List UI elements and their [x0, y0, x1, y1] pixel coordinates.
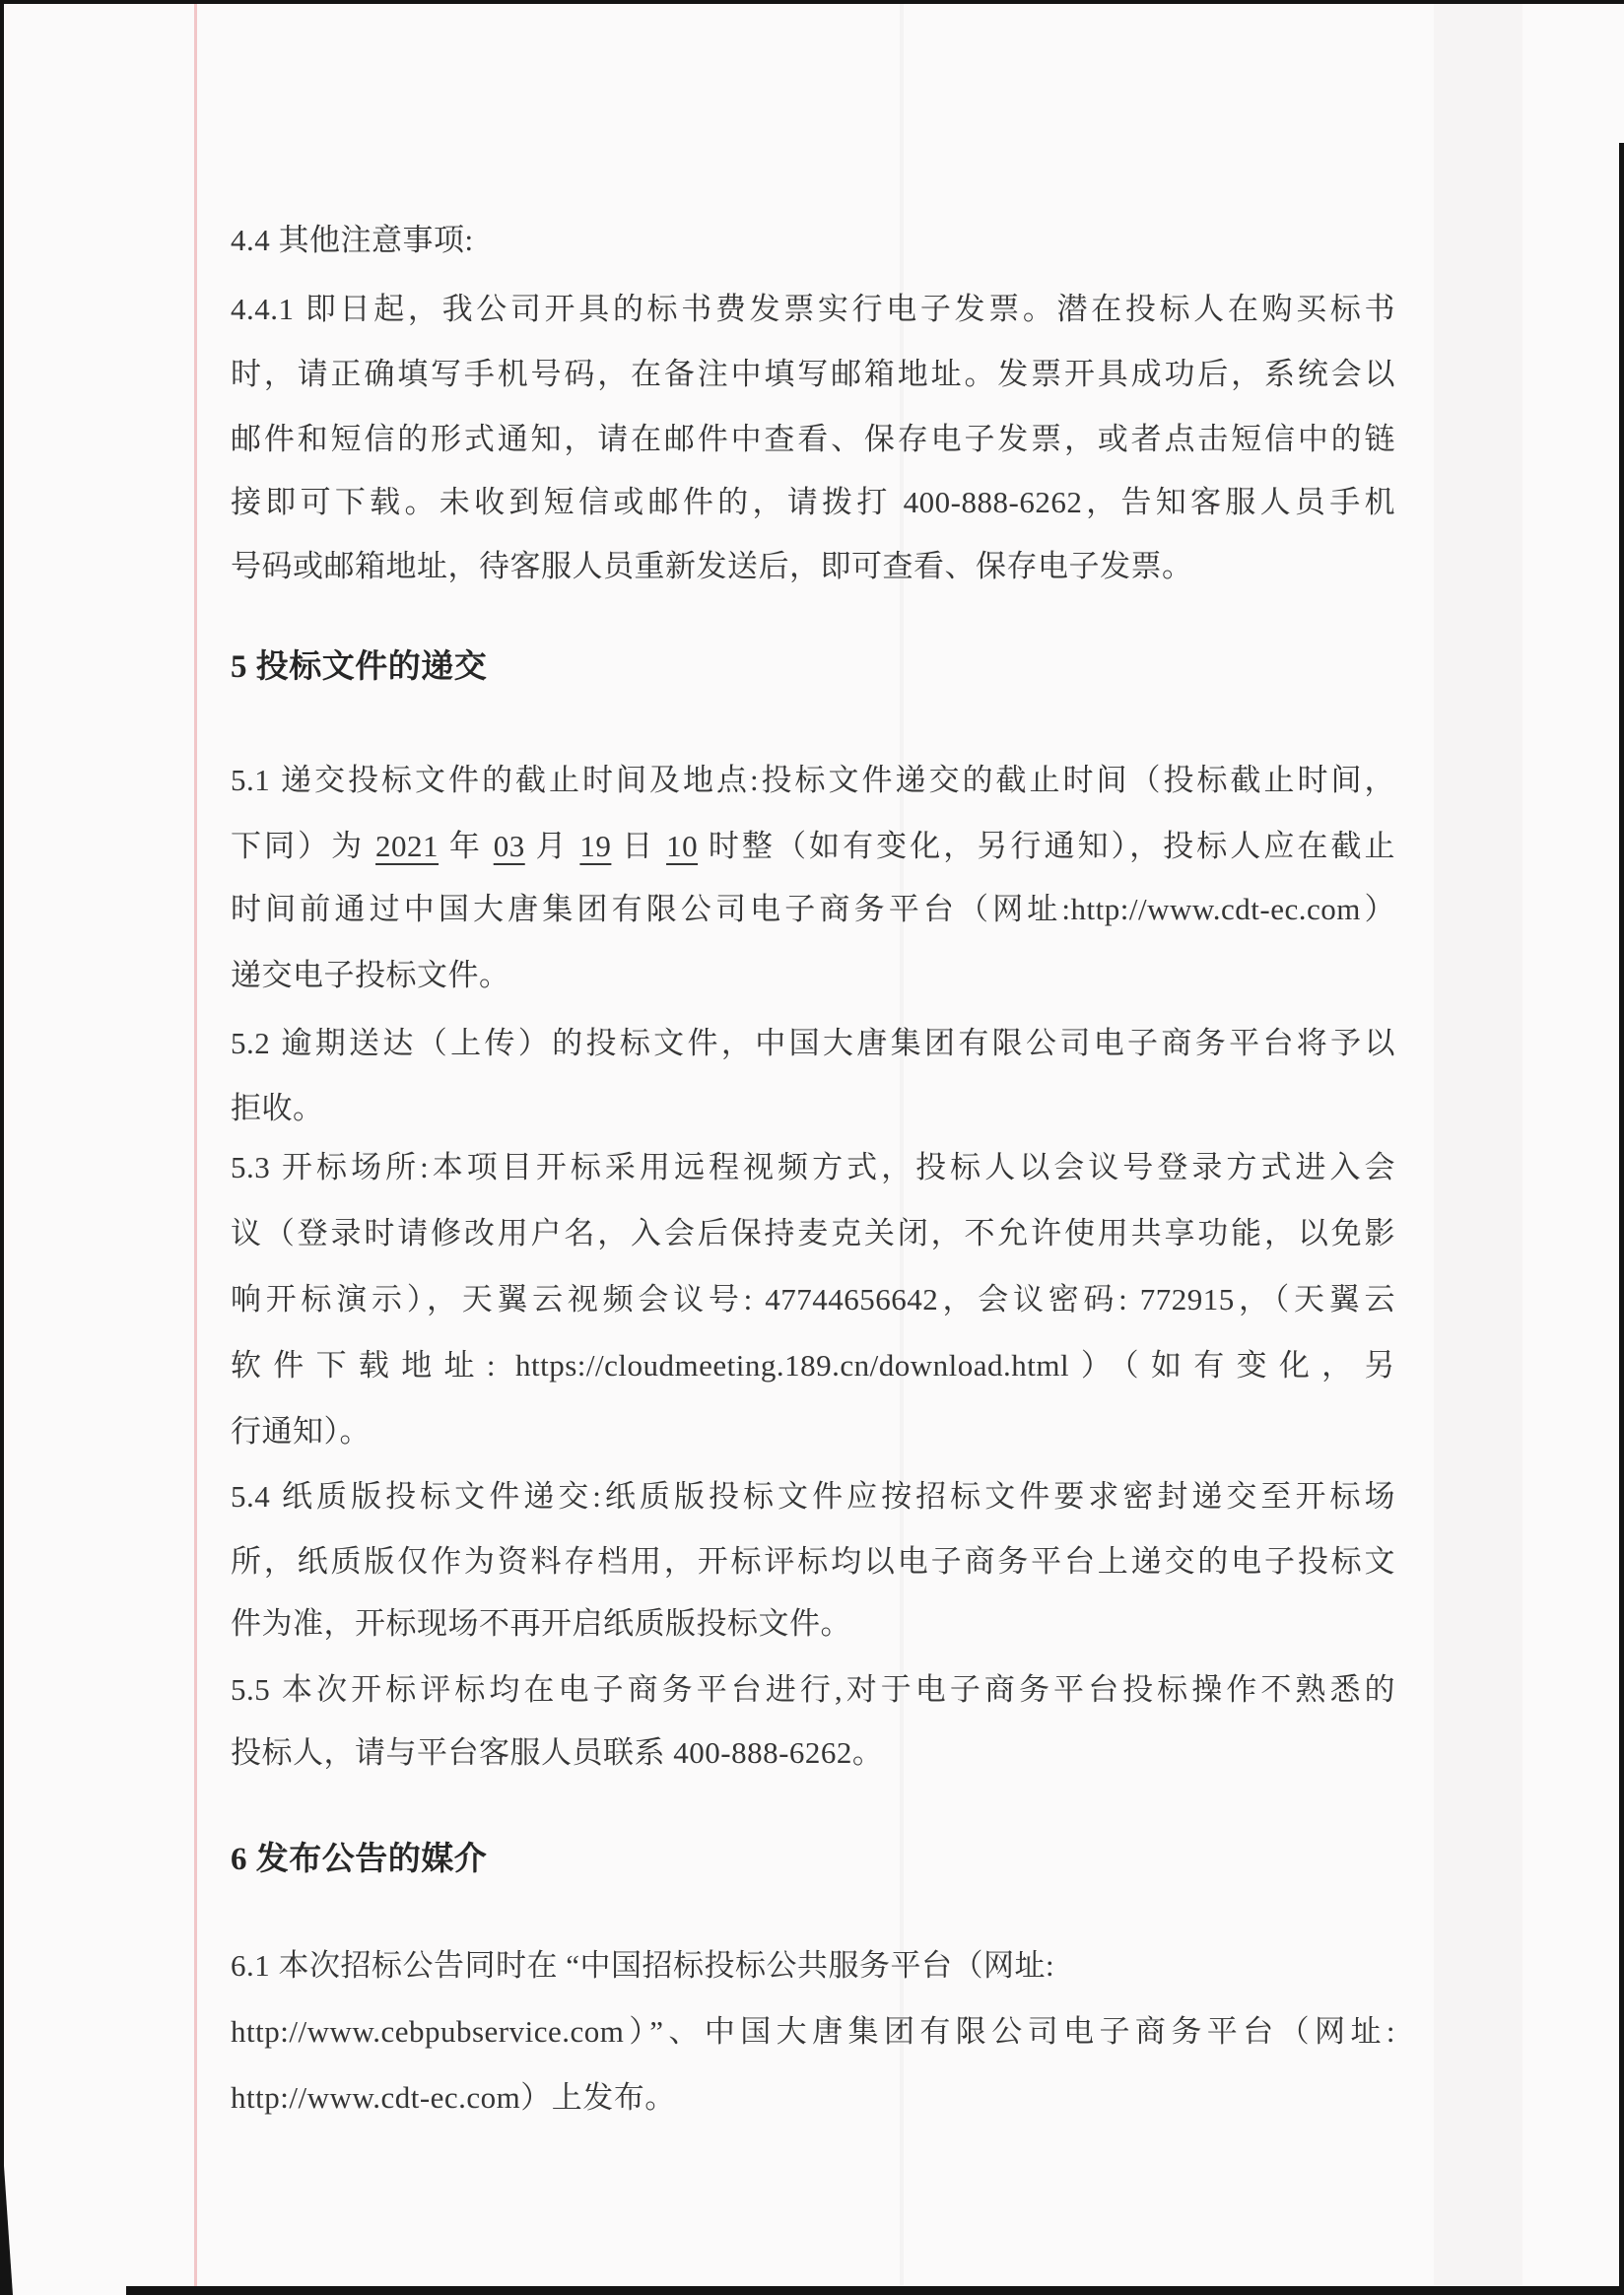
paragraph-line: 件为准，开标现场不再开启纸质版投标文件。: [231, 1602, 1395, 1646]
scan-edge-bottom: [126, 2286, 1624, 2295]
paragraph-line: 行通知）。: [231, 1410, 1395, 1453]
deadline-sep1: 年: [439, 829, 494, 863]
scan-edge-corner-wedge: [0, 2109, 13, 2295]
paragraph-line: 议（登录时请修改用户名，入会后保持麦克关闭，不允许使用共享功能，以免影: [231, 1212, 1395, 1255]
paragraph-line: 5.5 本次开标评标均在电子商务平台进行,对于电子商务平台投标操作不熟悉的: [231, 1668, 1395, 1712]
paragraph-line: 时间前通过中国大唐集团有限公司电子商务平台（网址:http://www.cdt-…: [231, 888, 1395, 931]
margin-rule-line: [194, 0, 197, 2295]
deadline-rest: 时整（如有变化，另行通知），投标人应在截止: [698, 829, 1395, 863]
paragraph-line: 号码或邮箱地址，待客服人员重新发送后，即可查看、保存电子发票。: [231, 545, 1395, 588]
deadline-day: 19: [579, 829, 611, 863]
scanned-document-page: 4.4 其他注意事项: 4.4.1 即日起，我公司开具的标书费发票实行电子发票。…: [0, 0, 1624, 2295]
paragraph-line: 投标人，请与平台客服人员联系 400-888-6262。: [231, 1731, 1395, 1775]
paragraph-line: 5.2 逾期送达（上传）的投标文件，中国大唐集团有限公司电子商务平台将予以: [231, 1022, 1395, 1065]
scan-edge-left: [0, 0, 4, 2295]
paragraph-line: 5.3 开标场所:本项目开标采用远程视频方式，投标人以会议号登录方式进入会: [231, 1146, 1395, 1189]
paragraph-line: 邮件和短信的形式通知，请在邮件中查看、保存电子发票，或者点击短信中的链: [231, 418, 1395, 461]
paragraph-line: 软件下载地址: https://cloudmeeting.189.cn/down…: [231, 1344, 1395, 1387]
paragraph-line: 6.1 本次招标公告同时在 “中国招标投标公共服务平台（网址:: [231, 1944, 1395, 1988]
paragraph-line: 时，请正确填写手机号码，在备注中填写邮箱地址。发票开具成功后，系统会以: [231, 353, 1395, 396]
paragraph-line: http://www.cebpubservice.com）”、中国大唐集团有限公…: [231, 2010, 1395, 2054]
deadline-pre: 下同）为: [231, 829, 375, 863]
scanner-band-artifact: [1434, 0, 1522, 2295]
paragraph-line: 递交电子投标文件。: [231, 954, 1395, 997]
paragraph-line: http://www.cdt-ec.com）上发布。: [231, 2076, 1395, 2120]
paragraph-line: 接即可下载。未收到短信或邮件的，请拨打 400-888-6262，告知客服人员手…: [231, 481, 1395, 524]
section-6-heading: 6 发布公告的媒介: [231, 1838, 1395, 1881]
paragraph-line: 5.1 递交投标文件的截止时间及地点:投标文件递交的截止时间（投标截止时间，: [231, 759, 1395, 802]
paragraph-line: 拒收。: [231, 1087, 1395, 1130]
section-5-heading: 5 投标文件的递交: [231, 645, 1395, 689]
paragraph-line: 4.4.1 即日起，我公司开具的标书费发票实行电子发票。潜在投标人在购买标书: [231, 288, 1395, 331]
scan-edge-top: [0, 0, 1624, 4]
deadline-sep3: 日: [611, 829, 666, 863]
deadline-year: 2021: [375, 829, 439, 863]
paragraph-line: 响开标演示），天翼云视频会议号: 47744656642，会议密码: 77291…: [231, 1278, 1395, 1321]
section-4-4-title: 4.4 其他注意事项:: [231, 219, 1395, 262]
deadline-hour: 10: [666, 829, 698, 863]
paragraph-line: 所，纸质版仅作为资料存档用，开标评标均以电子商务平台上递交的电子投标文: [231, 1540, 1395, 1584]
deadline-line: 下同）为 2021 年 03 月 19 日 10 时整（如有变化，另行通知），投…: [231, 825, 1395, 868]
scan-edge-right: [1619, 143, 1624, 2295]
deadline-sep2: 月: [525, 829, 580, 863]
paragraph-line: 5.4 纸质版投标文件递交:纸质版投标文件应按招标文件要求密封递交至开标场: [231, 1475, 1395, 1519]
deadline-month: 03: [494, 829, 525, 863]
